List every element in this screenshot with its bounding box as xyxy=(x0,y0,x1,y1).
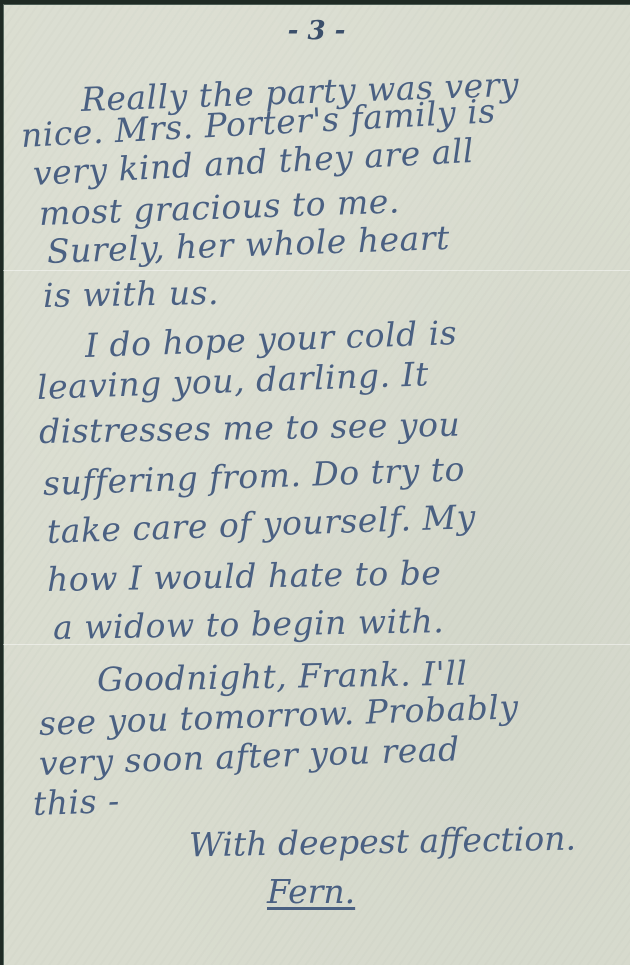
letter-line: suffering from. Do try to xyxy=(42,449,465,503)
letter-page: - 3 - Really the party was very nice. Mr… xyxy=(3,4,630,965)
letter-line: a widow to begin with. xyxy=(53,601,445,647)
letter-signature: Fern. xyxy=(267,872,355,911)
letter-line: this - xyxy=(32,781,120,823)
letter-line: take care of yourself. My xyxy=(46,497,476,551)
letter-line: is with us. xyxy=(43,273,220,315)
letter-line: how I would hate to be xyxy=(47,553,442,599)
page-number: - 3 - xyxy=(3,16,630,46)
letter-line: distresses me to see you xyxy=(39,405,461,451)
paper-fold-line xyxy=(3,270,630,271)
letter-closing: With deepest affection. xyxy=(189,819,577,865)
